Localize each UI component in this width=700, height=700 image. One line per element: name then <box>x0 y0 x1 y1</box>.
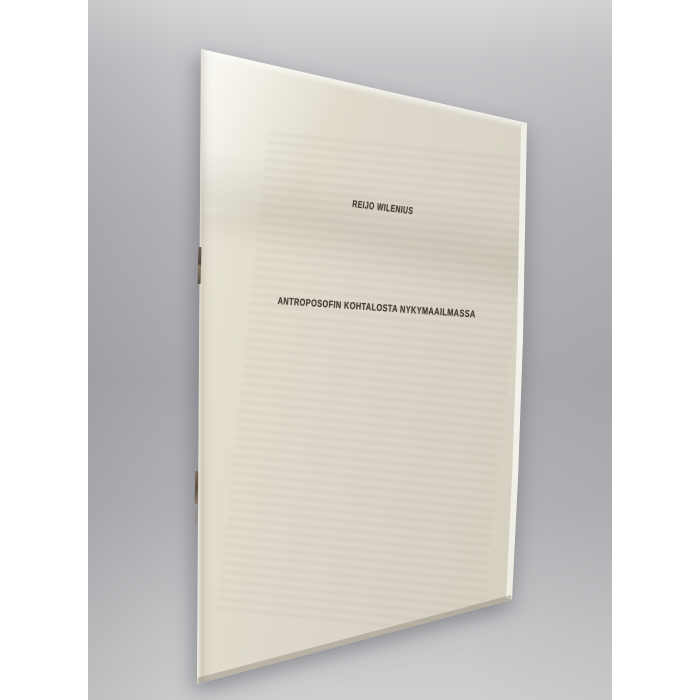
white-frame-right <box>612 0 700 700</box>
white-frame-left <box>0 0 88 700</box>
staple-bottom <box>195 471 199 504</box>
staple-mark <box>195 509 197 525</box>
product-photo: REIJO WILENIUS ANTROPOSOFIN KOHTALOSTA N… <box>0 0 700 700</box>
booklet: REIJO WILENIUS ANTROPOSOFIN KOHTALOSTA N… <box>197 49 528 685</box>
booklet-cover: REIJO WILENIUS ANTROPOSOFIN KOHTALOSTA N… <box>197 49 528 685</box>
booklet-spine-shading <box>197 49 213 685</box>
photo-backdrop: REIJO WILENIUS ANTROPOSOFIN KOHTALOSTA N… <box>88 0 613 700</box>
